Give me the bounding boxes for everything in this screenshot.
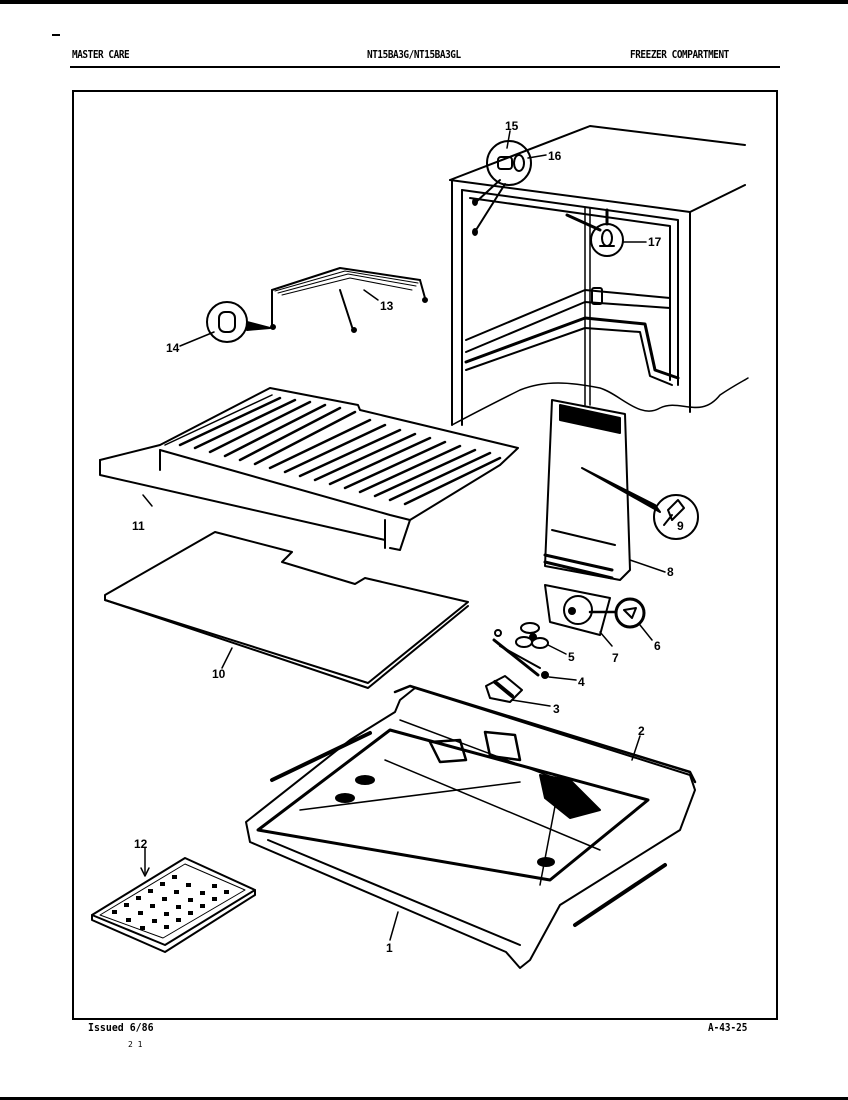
callout-11: 11 <box>132 519 145 533</box>
callout-12: 12 <box>134 837 148 851</box>
duct-cover-drawing <box>545 400 665 580</box>
callout-3: 3 <box>553 702 560 716</box>
panel-drawing <box>105 532 468 688</box>
fan-plate-drawing <box>545 585 652 646</box>
callout-1: 1 <box>386 941 393 955</box>
shelf-drawing <box>100 388 518 550</box>
light-socket-detail <box>567 210 646 256</box>
callout-7: 7 <box>612 651 619 665</box>
parts-diagram: 1 2 3 4 5 6 7 8 9 10 11 12 13 14 15 16 1… <box>0 0 848 1100</box>
callout-5: 5 <box>568 650 575 664</box>
callout-15: 15 <box>505 119 519 133</box>
callout-9: 9 <box>677 519 684 533</box>
callout-17: 17 <box>648 235 662 249</box>
callout-14: 14 <box>166 341 180 355</box>
fan-blade-drawing <box>516 623 566 654</box>
fan-motor-drawing <box>486 676 550 706</box>
page-code: A-43-25 <box>708 1021 747 1034</box>
issued-date: Issued 6/86 <box>88 1021 154 1034</box>
freezer-pan-drawing <box>246 686 695 968</box>
footer-mark: 2 1 <box>128 1040 142 1049</box>
callout-6: 6 <box>654 639 661 653</box>
hinge-detail <box>476 131 546 230</box>
callout-4: 4 <box>578 675 585 689</box>
callout-13: 13 <box>380 299 394 313</box>
callout-10: 10 <box>212 667 226 681</box>
wire-rack-drawing <box>271 268 427 332</box>
ice-tray-drawing <box>92 848 255 952</box>
callout-8: 8 <box>667 565 674 579</box>
cabinet-drawing <box>450 126 748 425</box>
callout-2: 2 <box>638 724 645 738</box>
callout-16: 16 <box>548 149 562 163</box>
rack-cap-detail <box>180 302 270 346</box>
